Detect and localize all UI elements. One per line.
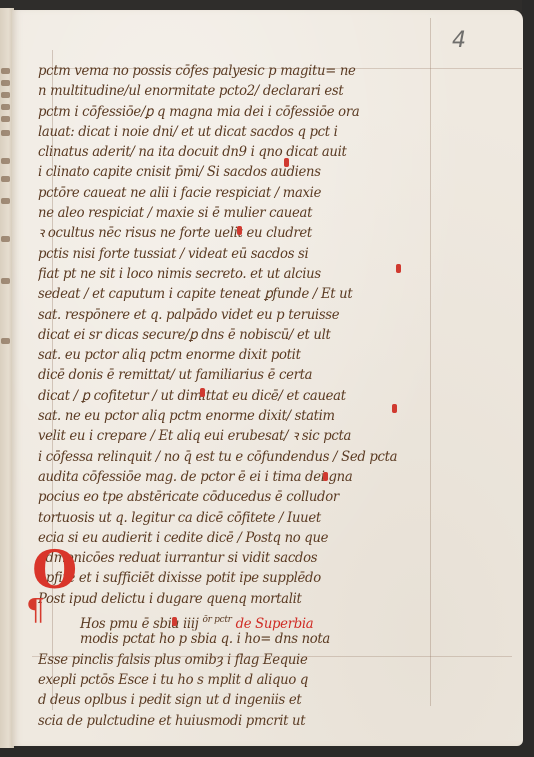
rubric-touch-mark: [323, 472, 328, 481]
rubric-touch-mark: [392, 404, 397, 413]
rubric-touch-mark: [284, 158, 289, 167]
text-line: lauat: dicat i noie dni/ et ut dicat sac…: [38, 122, 428, 143]
text-line: exepli pctōs Esce i tu ho s mplit d aliq…: [38, 670, 428, 691]
text-line: sat. ne eu pctor aliq pctm enorme dixit/…: [38, 407, 428, 428]
folio-number: 4: [452, 28, 466, 53]
text-line: pctōre caueat ne alii i facie respiciat …: [38, 183, 428, 204]
text-line: sat. eu pctor aliq pctm enorme dixit pot…: [38, 346, 428, 367]
text-line: n multitudine/ul enormitate pcto2/ decla…: [38, 82, 428, 103]
text-line: ne aleo respiciat / maxie si ē mulier ca…: [38, 204, 428, 225]
rubric-touch-mark: [396, 264, 401, 273]
text-line: tortuosis ut q. legitur ca dicē cōfitete…: [38, 508, 428, 529]
scan-background-bottom: [0, 745, 534, 757]
text-line: Post ipud delictu i dugare quenq mortali…: [38, 589, 428, 610]
text-line: sedeat / et caputum i capite teneat ꝑfun…: [38, 285, 428, 306]
text-line: clinatus aderit/ na ita docuit dn9 i qno…: [38, 143, 428, 164]
rubric-touch-mark: [237, 226, 242, 235]
text-line: Esse pinclis falsis plus omibȝ i flag Ee…: [38, 650, 428, 671]
red-initial-o: O: [32, 548, 72, 596]
rubric-touch-mark: [200, 388, 205, 397]
text-line: admonicōes reduat iurrantur si vidit sac…: [38, 549, 428, 570]
text-line: pocius eo tpe abstēricate cōducedus ē co…: [38, 488, 428, 509]
text-line: scia de pulctudine et huiusmodi pmcrit u…: [38, 711, 428, 732]
text-line: fiat pt ne sit i loco nimis secreto. et …: [38, 264, 428, 285]
text-line: pctis nisi forte tussiat / videat eū sac…: [38, 244, 428, 265]
text-line: ꝛ ocultus nēc risus ne forte uelit eu cl…: [38, 224, 428, 245]
text-line: audita cōfessiōe mag. de pctor ē ei i ti…: [38, 467, 428, 488]
heading-superscript: ōr pctr: [202, 615, 231, 626]
red-paragraph-mark: ¶: [26, 596, 40, 626]
text-line: dicat / ꝑ cofitetur / ut dimittat eu dic…: [38, 386, 428, 407]
text-line: pctm vema no possis cōfes palyesic p mag…: [38, 61, 428, 82]
main-text-block: pctm vema no possis cōfes palyesic p mag…: [38, 62, 428, 732]
text-line: sat. respōnere et q. palpādo videt eu p …: [38, 305, 428, 326]
rubric-heading-line: Hos pmu ē sbia iiij ōr pctr de Superbia: [38, 610, 428, 631]
text-line: dicat ei sr dicas secure/ꝑ dns ē nobiscū…: [38, 325, 428, 346]
text-line: d deus oplbus i pedit sign ut d ingeniis…: [38, 691, 428, 712]
text-line: i pfite et i sufficiēt dixisse potit ipe…: [38, 569, 428, 590]
text-line: i clinato capite cnisit p̄mi/ Si sacdos …: [38, 163, 428, 184]
right-margin-ruling: [430, 18, 431, 706]
scan-background-right: [522, 0, 534, 757]
text-line: pctm i cōfessiōe/ꝑ q magna mia dei i cōf…: [38, 102, 428, 123]
text-line: i cōfessa relinquit / no q̄ est tu e cōf…: [38, 447, 428, 468]
text-line: velit eu i crepare / Et aliq eui erubesa…: [38, 427, 428, 448]
text-line: ecia si eu audierit i cedite dicē / Post…: [38, 528, 428, 549]
text-line: dicē donis ē remittat/ ut familiarius ē …: [38, 366, 428, 387]
text-line: modis pctat ho p sbia q. i ho= dns nota: [38, 630, 428, 651]
rubric-touch-mark: [172, 617, 177, 626]
